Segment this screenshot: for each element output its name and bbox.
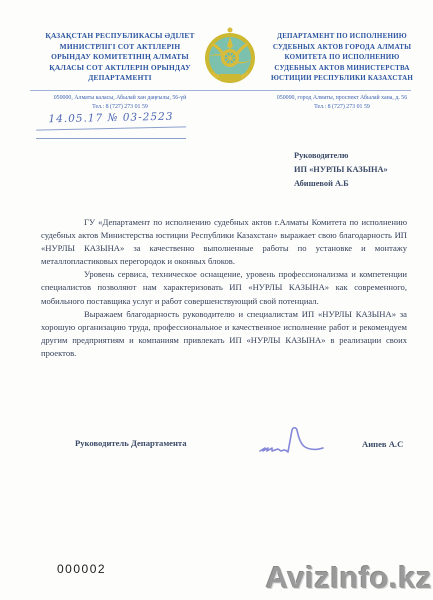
header-kazakh-line: ДЕПАРТАМЕНТІ — [32, 73, 208, 84]
address-line: 050000, Алматы каласы, Абылай хан даңғыл… — [32, 94, 208, 103]
header-russian-line: ЮСТИЦИИ РЕСПУБЛИКИ КАЗАХСТАН — [263, 73, 421, 84]
header-kazakh-line: МИНИСТРЛІГІ СОТ АКТІЛЕРІН — [32, 42, 208, 53]
body-paragraph: Уровень сервиса, техническое оснащение, … — [41, 268, 407, 307]
header-russian-line: СУДЕБНЫХ АКТОВ ГОРОДА АЛМАТЫ — [263, 42, 421, 53]
header-russian-block: ДЕПАРТАМЕНТ ПО ИСПОЛНЕНИЮ СУДЕБНЫХ АКТОВ… — [263, 31, 421, 84]
address-russian: 050000, город Алматы, проспект Абылай ха… — [263, 94, 421, 111]
kazakhstan-emblem-icon — [202, 24, 258, 86]
phone-line: Тел.: 8 (727) 273 01 59 — [263, 103, 421, 112]
header-kazakh-line: ҚАЛАСЫ СОТ АКТІЛЕРІН ОРЫНДАУ — [32, 63, 208, 74]
header-kazakh-line: ОРЫНДАУ КОМИТЕТІНІҢ АЛМАТЫ — [32, 52, 208, 63]
header-russian-line: ДЕПАРТАМЕНТ ПО ИСПОЛНЕНИЮ — [263, 31, 421, 42]
body-paragraph: Выражаем благодарность руководителю и сп… — [41, 308, 407, 360]
reference-blank-line — [36, 138, 186, 139]
recipient-company: ИП «НУРЛЫ КАЗЫНА» — [294, 163, 424, 177]
recipient-title: Руководителю — [294, 149, 424, 163]
handwritten-signature-icon — [252, 421, 342, 465]
header-divider — [30, 90, 411, 91]
signer-position: Руководитель Департамента — [75, 438, 187, 448]
signer-name: Аипев А.С — [362, 439, 403, 449]
document-serial-number: 000002 — [57, 562, 106, 576]
handwritten-reference-number: 14.05.17 № 03-2523 — [36, 110, 186, 130]
address-line: 050000, город Алматы, проспект Абылай ха… — [263, 94, 421, 103]
avizinfo-watermark: AvizInfo.kz — [266, 560, 432, 596]
letter-body: ГУ «Департамент по исполнению судебных а… — [41, 216, 407, 360]
header-kazakh-line: ҚАЗАҚСТАН РЕСПУБЛИКАСЫ ӘДІЛЕТ — [32, 31, 208, 42]
body-paragraph: ГУ «Департамент по исполнению судебных а… — [41, 216, 407, 268]
recipient-person: Абишевой А.Б — [294, 177, 424, 191]
header-kazakh-block: ҚАЗАҚСТАН РЕСПУБЛИКАСЫ ӘДІЛЕТ МИНИСТРЛІГ… — [32, 31, 208, 84]
recipient-block: Руководителю ИП «НУРЛЫ КАЗЫНА» Абишевой … — [294, 149, 424, 191]
header-russian-line: КОМИТЕТА ПО ИСПОЛНЕНИЮ — [263, 52, 421, 63]
letter-document: ҚАЗАҚСТАН РЕСПУБЛИКАСЫ ӘДІЛЕТ МИНИСТРЛІГ… — [0, 0, 433, 600]
address-kazakh: 050000, Алматы каласы, Абылай хан даңғыл… — [32, 94, 208, 111]
header-russian-line: СУДЕБНЫХ АКТОВ МИНИСТЕРСТВА — [263, 63, 421, 74]
